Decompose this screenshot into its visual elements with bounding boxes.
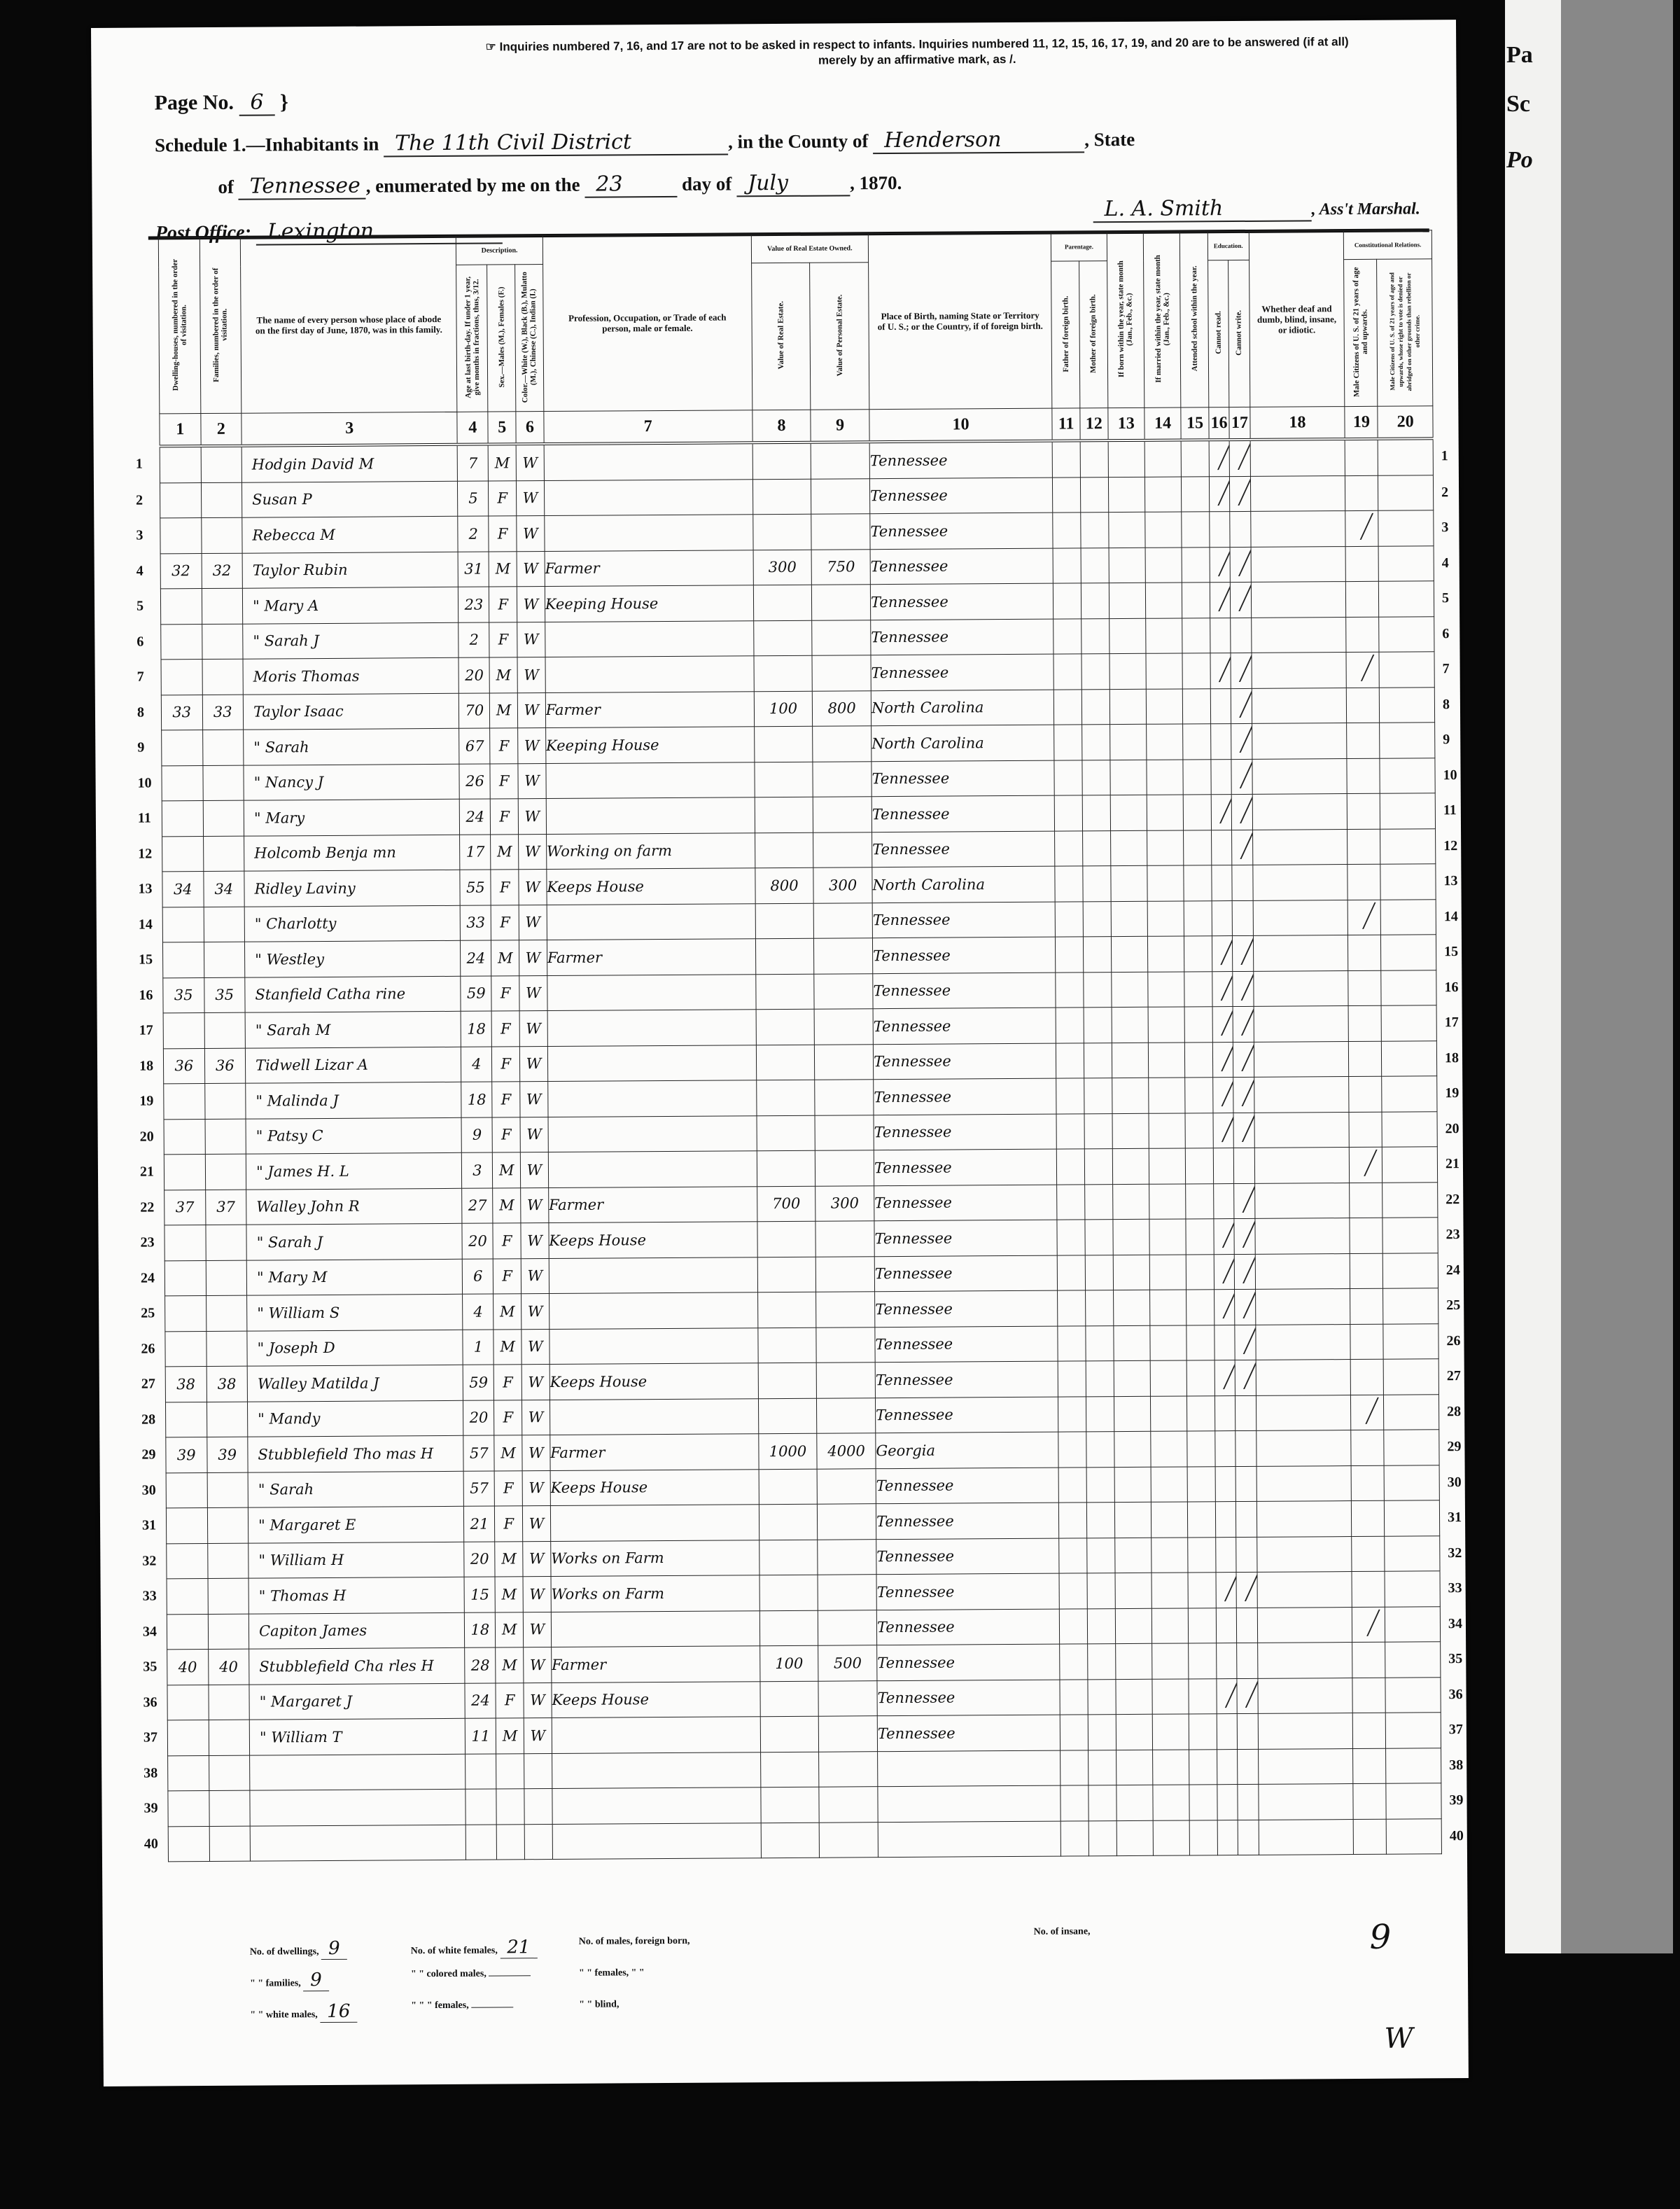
color: W — [523, 1577, 551, 1612]
born-month — [1114, 1360, 1151, 1396]
born-month — [1112, 972, 1149, 1008]
column-number: 17 — [1229, 407, 1250, 440]
born-month — [1113, 1255, 1150, 1290]
mother-foreign — [1087, 1538, 1115, 1573]
occupation: Keeps House — [547, 868, 755, 905]
father-foreign — [1053, 513, 1081, 548]
birthplace: Tennessee — [875, 1397, 1058, 1433]
infirmity — [1259, 1819, 1354, 1855]
person-name: " William H — [248, 1542, 465, 1578]
family-number — [205, 1119, 246, 1155]
adjacent-page-fragment: Pa — [1506, 42, 1533, 69]
person-name: Susan P — [242, 481, 458, 517]
family-number — [204, 1083, 246, 1119]
sex: F — [493, 1258, 521, 1294]
birthplace: Tennessee — [877, 1644, 1060, 1680]
person-name: " Sarah M — [245, 1011, 461, 1047]
birthplace: Georgia — [876, 1432, 1059, 1468]
male-citizen — [1346, 581, 1379, 617]
occupation: Farmer — [547, 939, 755, 975]
sex — [496, 1753, 524, 1789]
cannot-read — [1214, 1254, 1235, 1290]
mother-foreign — [1081, 513, 1109, 548]
vote-denied — [1385, 1535, 1440, 1571]
vote-denied — [1387, 1818, 1442, 1854]
line-number: 38 — [1449, 1757, 1463, 1774]
dwelling-number: 34 — [162, 872, 204, 907]
father-foreign — [1054, 760, 1082, 795]
header-value-group: Value of Real Estate Owned. — [751, 234, 869, 263]
line-number: 2 — [1441, 485, 1448, 501]
born-month — [1108, 477, 1145, 513]
affirmative-mark — [1235, 1363, 1256, 1389]
mother-foreign — [1088, 1820, 1116, 1856]
born-month — [1114, 1467, 1151, 1503]
affirmative-mark — [1350, 513, 1373, 540]
county-label: , in the County of — [728, 130, 868, 152]
age: 24 — [460, 799, 491, 835]
person-name: Stanfield Catha rine — [245, 976, 461, 1012]
birthplace: Tennessee — [871, 654, 1054, 690]
dwelling-number — [162, 836, 204, 872]
dwelling-number — [164, 1155, 205, 1190]
column-number: 10 — [869, 408, 1053, 442]
family-number: 34 — [203, 871, 244, 907]
mother-foreign — [1085, 1220, 1113, 1255]
father-foreign — [1055, 795, 1083, 831]
cannot-read — [1214, 1325, 1235, 1360]
mother-foreign — [1086, 1290, 1114, 1326]
mother-foreign — [1088, 1785, 1116, 1821]
real-estate-value — [755, 832, 813, 868]
mother-foreign — [1083, 830, 1111, 866]
married-month — [1147, 865, 1184, 901]
father-foreign — [1053, 477, 1081, 513]
occupation — [546, 762, 755, 798]
mother-foreign — [1088, 1750, 1116, 1785]
sex: M — [494, 1435, 522, 1471]
line-number: 12 — [1443, 838, 1457, 854]
day-of-label: day of — [682, 173, 731, 194]
person-name: " Nancy J — [244, 764, 460, 800]
infirmity — [1258, 1713, 1353, 1749]
male-citizen — [1352, 1571, 1385, 1607]
affirmative-mark — [1231, 797, 1252, 823]
family-number — [204, 1012, 246, 1048]
person-name: Tidwell Lizar A — [245, 1047, 461, 1083]
male-citizen — [1350, 1218, 1382, 1253]
person-name: " William S — [247, 1294, 463, 1330]
age: 24 — [465, 1683, 496, 1719]
vote-denied — [1379, 616, 1434, 652]
sex: M — [493, 1329, 521, 1365]
born-month — [1112, 1007, 1149, 1043]
father-foreign — [1057, 1184, 1085, 1220]
age: 17 — [460, 835, 491, 870]
cannot-read — [1212, 971, 1233, 1007]
affirmative-mark — [1233, 974, 1254, 1001]
line-number: 15 — [139, 952, 153, 968]
occupation — [549, 1398, 758, 1435]
born-month — [1112, 1043, 1149, 1078]
line-number: 17 — [139, 1022, 153, 1038]
vote-denied — [1379, 581, 1434, 617]
infirmity — [1251, 617, 1346, 653]
line-number: 17 — [1445, 1015, 1459, 1031]
father-foreign — [1054, 689, 1082, 725]
header-born-month: If born within the year, state month (Ja… — [1107, 232, 1144, 407]
family-number: 39 — [206, 1437, 248, 1472]
married-month — [1150, 1290, 1187, 1325]
cannot-read — [1214, 1360, 1235, 1396]
attended-school — [1182, 547, 1210, 583]
married-month — [1148, 1042, 1185, 1078]
adjacent-page-edge: Pa Sc Po — [1505, 0, 1568, 1953]
attended-school — [1186, 1183, 1214, 1219]
header-education-group: Education. — [1207, 231, 1249, 260]
line-number: 27 — [141, 1376, 155, 1392]
line-number: 26 — [1446, 1333, 1460, 1349]
adjacent-page-fragment: Sc — [1506, 91, 1530, 118]
birthplace: Tennessee — [874, 1114, 1057, 1150]
person-name: " Westley — [245, 940, 461, 977]
age: 55 — [460, 870, 491, 905]
color: W — [519, 1011, 547, 1047]
married-month — [1147, 936, 1184, 972]
cannot-read — [1210, 688, 1231, 724]
occupation — [551, 1610, 759, 1647]
cannot-read — [1210, 583, 1231, 618]
birthplace: Tennessee — [871, 619, 1054, 655]
cannot-read — [1212, 1042, 1233, 1078]
affirmative-mark — [1233, 938, 1254, 965]
attended-school — [1188, 1537, 1216, 1573]
birthplace: Tennessee — [873, 973, 1056, 1009]
age: 20 — [463, 1400, 494, 1436]
header-name: The name of every person whose place of … — [240, 236, 457, 413]
color: W — [521, 1365, 549, 1400]
real-estate-value — [753, 620, 812, 656]
cannot-read — [1216, 1608, 1237, 1643]
male-citizen — [1348, 900, 1381, 935]
sex: F — [489, 587, 517, 622]
affirmative-mark — [1214, 1221, 1235, 1248]
affirmative-mark — [1210, 550, 1231, 576]
affirmative-mark — [1236, 1575, 1257, 1601]
age: 28 — [465, 1647, 496, 1683]
attended-school — [1184, 830, 1212, 865]
real-estate-value — [755, 762, 813, 797]
infirmity — [1251, 546, 1346, 582]
married-month — [1149, 1219, 1186, 1255]
family-number — [203, 800, 244, 836]
color: W — [521, 1294, 549, 1330]
column-number: 15 — [1181, 407, 1209, 440]
birthplace: Tennessee — [875, 1361, 1058, 1398]
occupation: Farmer — [548, 1186, 757, 1222]
born-month — [1114, 1502, 1151, 1538]
affirmative-mark — [1356, 1398, 1379, 1424]
father-foreign — [1056, 1043, 1084, 1078]
sex: M — [495, 1541, 523, 1577]
affirmative-mark — [1233, 1080, 1254, 1106]
occupation: Keeps House — [549, 1222, 757, 1258]
affirmative-mark — [1229, 443, 1250, 470]
occupation — [549, 1292, 757, 1329]
male-citizen — [1349, 1005, 1382, 1041]
occupation — [545, 620, 753, 657]
column-number: 6 — [516, 412, 544, 445]
personal-estate-value — [811, 442, 869, 479]
married-month — [1152, 1643, 1189, 1679]
age: 15 — [464, 1577, 495, 1612]
line-number: 10 — [138, 775, 152, 791]
male-citizen — [1347, 864, 1380, 900]
real-estate-value — [756, 1009, 815, 1045]
attended-school — [1189, 1785, 1217, 1820]
sex: M — [496, 1612, 524, 1647]
family-number — [206, 1402, 248, 1437]
vote-denied — [1382, 1111, 1437, 1147]
line-number: 1 — [136, 457, 143, 473]
family-number — [201, 446, 242, 482]
cannot-write — [1231, 794, 1252, 830]
family-number — [209, 1826, 251, 1862]
cannot-write — [1237, 1643, 1258, 1678]
person-name — [250, 1754, 466, 1790]
dwelling-number: 38 — [165, 1367, 206, 1402]
affirmative-mark — [1214, 1257, 1235, 1283]
header-personal-estate: Value of Personal Estate. — [810, 263, 869, 410]
person-name: " Mary M — [246, 1259, 463, 1295]
sex: F — [491, 799, 519, 835]
vote-denied — [1386, 1748, 1441, 1783]
father-foreign — [1057, 1220, 1085, 1255]
birthplace — [878, 1750, 1061, 1787]
sex — [497, 1824, 525, 1860]
dwelling-number — [167, 1685, 209, 1720]
of-label: of — [218, 176, 234, 197]
attended-school — [1184, 971, 1212, 1007]
father-foreign — [1058, 1467, 1086, 1503]
infirmity — [1256, 1501, 1352, 1537]
infirmity — [1257, 1572, 1352, 1608]
married-month — [1148, 971, 1185, 1007]
line-number: 31 — [1448, 1510, 1462, 1526]
cannot-read — [1212, 830, 1233, 865]
attended-school — [1181, 440, 1209, 476]
color: W — [523, 1541, 551, 1577]
male-citizen — [1353, 1748, 1386, 1784]
line-number: 32 — [1448, 1545, 1462, 1561]
sex: M — [491, 834, 519, 870]
infirmity — [1257, 1678, 1352, 1713]
color: W — [521, 1187, 549, 1223]
sex: F — [491, 905, 519, 940]
married-month — [1149, 1148, 1186, 1184]
age: 11 — [465, 1718, 496, 1754]
born-month — [1109, 724, 1147, 760]
affirmative-mark — [1213, 1115, 1234, 1142]
dwelling-number — [164, 1260, 206, 1296]
column-number: 14 — [1144, 407, 1182, 440]
family-number — [207, 1543, 248, 1579]
color: W — [519, 870, 547, 905]
occupation — [548, 1151, 757, 1187]
affirmative-mark — [1231, 726, 1252, 753]
cannot-write — [1233, 1113, 1254, 1148]
personal-estate-value — [815, 1044, 874, 1080]
person-name: Stubblefield Tho mas H — [248, 1435, 464, 1472]
born-month — [1109, 548, 1146, 583]
sex: M — [489, 551, 517, 587]
cannot-write — [1229, 440, 1250, 476]
dwelling-number — [161, 660, 202, 695]
line-number: 37 — [1449, 1722, 1463, 1738]
male-citizen — [1350, 1253, 1383, 1289]
personal-estate-value — [813, 903, 872, 938]
personal-estate-value — [818, 1610, 877, 1645]
mother-foreign — [1084, 1008, 1112, 1043]
married-month — [1152, 1714, 1189, 1750]
vote-denied — [1383, 1288, 1438, 1324]
cannot-write — [1235, 1289, 1256, 1325]
cannot-write — [1235, 1395, 1256, 1431]
families-count: 9 — [303, 1970, 329, 1991]
family-number — [205, 1225, 246, 1260]
occupation: Farmer — [551, 1646, 759, 1682]
father-foreign — [1055, 830, 1083, 866]
dwelling-number — [160, 518, 202, 554]
family-number — [201, 482, 242, 518]
line-number: 6 — [1442, 626, 1449, 642]
real-estate-value — [752, 479, 811, 515]
color: W — [517, 516, 545, 552]
father-foreign — [1058, 1361, 1086, 1397]
real-estate-value — [761, 1787, 820, 1823]
infirmity — [1254, 1148, 1350, 1183]
line-number: 13 — [1443, 873, 1457, 889]
married-month — [1153, 1820, 1190, 1855]
affirmative-mark — [1232, 832, 1253, 859]
color: W — [519, 1046, 547, 1082]
married-month — [1149, 1254, 1186, 1290]
occupation: Keeping House — [545, 727, 754, 763]
age: 31 — [458, 552, 489, 587]
birthplace: Tennessee — [874, 1078, 1057, 1115]
color: W — [519, 834, 547, 870]
affirmative-mark — [1209, 443, 1230, 470]
dwelling-number — [160, 482, 201, 518]
sex: F — [493, 1223, 521, 1259]
father-foreign — [1059, 1503, 1087, 1538]
cannot-write — [1231, 582, 1252, 618]
born-month — [1112, 1078, 1149, 1113]
married-month — [1147, 830, 1184, 865]
sex: F — [494, 1365, 522, 1400]
line-number: 4 — [1442, 555, 1449, 571]
personal-estate-value — [820, 1822, 878, 1858]
male-citizen — [1346, 546, 1379, 582]
dwelling-number — [167, 1720, 209, 1756]
sex — [496, 1789, 524, 1825]
vote-denied — [1384, 1430, 1439, 1465]
age: 9 — [461, 1117, 492, 1153]
attended-school — [1186, 1254, 1214, 1290]
cannot-read — [1210, 653, 1231, 689]
infirmity — [1252, 829, 1347, 865]
dwelling-number: 32 — [160, 553, 202, 589]
sex: M — [495, 1577, 523, 1612]
born-month — [1110, 830, 1147, 866]
line-number: 35 — [1448, 1651, 1462, 1667]
married-month — [1147, 900, 1184, 936]
line-number: 7 — [137, 669, 144, 685]
attended-school — [1183, 724, 1211, 760]
sex: F — [491, 870, 519, 905]
male-citizen — [1352, 1465, 1385, 1501]
infirmity — [1256, 1360, 1351, 1395]
age: 3 — [462, 1152, 493, 1188]
line-number: 37 — [143, 1729, 157, 1745]
person-name: Taylor Rubin — [242, 552, 458, 588]
infirmity — [1254, 1112, 1350, 1148]
father-foreign — [1060, 1679, 1088, 1715]
mother-foreign — [1087, 1608, 1115, 1644]
infirmity — [1255, 1289, 1350, 1325]
birthplace: Tennessee — [871, 795, 1055, 832]
line-number: 5 — [1442, 590, 1449, 606]
sex: M — [493, 1294, 521, 1330]
mother-foreign — [1088, 1715, 1116, 1750]
cannot-read — [1217, 1785, 1238, 1820]
real-estate-value — [759, 1504, 818, 1540]
male-citizen — [1347, 723, 1380, 758]
real-estate-value — [758, 1328, 817, 1363]
male-citizen — [1345, 475, 1378, 511]
affirmative-mark — [1209, 479, 1230, 506]
attended-school — [1182, 583, 1210, 618]
born-month — [1113, 1290, 1150, 1325]
column-number: 5 — [488, 412, 516, 445]
born-month — [1110, 760, 1147, 795]
real-estate-value — [760, 1716, 819, 1752]
line-number: 3 — [1441, 520, 1448, 536]
cannot-write — [1238, 1784, 1259, 1820]
line-number: 30 — [142, 1482, 156, 1498]
father-foreign — [1060, 1644, 1088, 1680]
married-month — [1149, 1113, 1186, 1148]
birthplace: Tennessee — [874, 1149, 1057, 1185]
column-number: 4 — [457, 412, 488, 445]
infirmity — [1251, 582, 1346, 618]
birthplace: Tennessee — [875, 1290, 1058, 1327]
line-number: 19 — [139, 1093, 153, 1109]
mother-foreign — [1081, 548, 1109, 583]
personal-estate-value — [819, 1716, 878, 1752]
column-number: 13 — [1108, 407, 1145, 440]
personal-estate-value — [811, 478, 870, 514]
cannot-read — [1212, 865, 1233, 901]
attended-school — [1183, 759, 1211, 795]
father-foreign — [1054, 725, 1082, 760]
column-number: 2 — [200, 413, 241, 446]
mother-foreign — [1086, 1361, 1114, 1397]
line-number: 18 — [1445, 1050, 1459, 1066]
birthplace: Tennessee — [872, 937, 1056, 973]
father-foreign — [1053, 548, 1081, 583]
married-month — [1150, 1325, 1187, 1360]
